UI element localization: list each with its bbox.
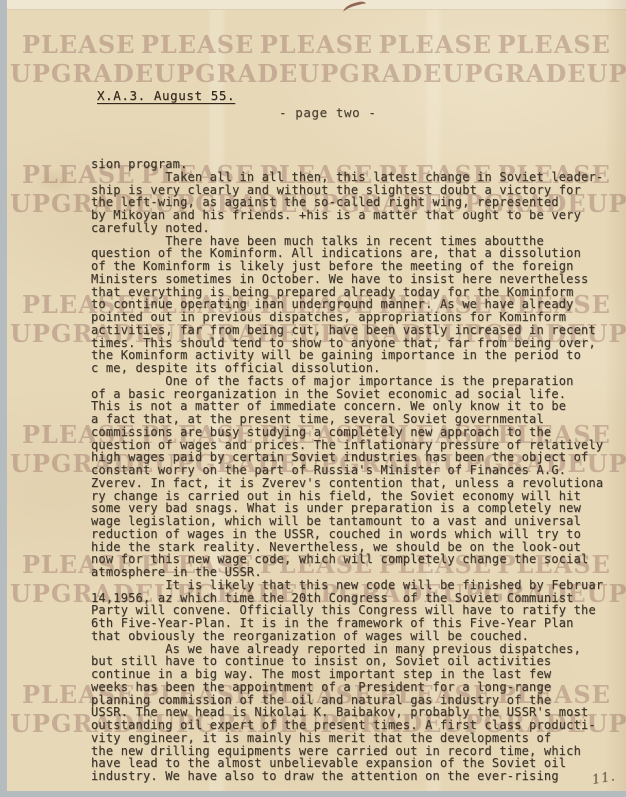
document-reference: X.A.3. August 55. xyxy=(97,88,235,103)
paper-sheet: PLEASEPLEASEPLEASEPLEASEPLEASEUPGRADEUPG… xyxy=(7,0,626,791)
page-label: - page two - xyxy=(279,105,377,120)
ink-smudge-mark xyxy=(342,0,368,17)
scanned-document-page: PLEASEPLEASEPLEASEPLEASEPLEASEUPGRADEUPG… xyxy=(0,0,626,797)
document-content: X.A.3. August 55. - page two - sion prog… xyxy=(7,0,626,791)
typewritten-body-text: sion program. Taken all in all then, thi… xyxy=(91,158,603,783)
handwritten-page-number: 11. xyxy=(591,769,617,788)
